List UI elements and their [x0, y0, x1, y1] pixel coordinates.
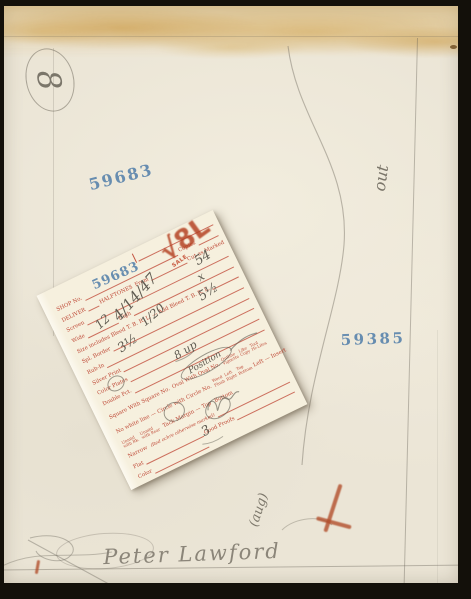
- slip-print-label: Flat: [133, 461, 145, 471]
- scan-edge-right: [458, 0, 471, 599]
- slip-print-label-stack: Unmtdwith Rear: [139, 423, 161, 440]
- scan-edge-bottom: [0, 583, 471, 599]
- scan-edge-left: [0, 0, 4, 599]
- slip-print-label-stack: TopBottom: [236, 361, 254, 376]
- slip-blank-line: [87, 304, 99, 312]
- slip-print-label: Wide: [71, 334, 86, 345]
- slip-print-label-stack: ToolHi-Lites: [249, 337, 268, 353]
- slip-print-label-stack: WordFlush: [212, 375, 226, 389]
- crease-line-right: [437, 330, 438, 585]
- slip-print-label-stack: LeftRight: [224, 369, 238, 382]
- scan-edge-top: [0, 0, 471, 6]
- negative-number-stamp-59385: 59385: [340, 329, 405, 349]
- stain-band: [0, 4, 471, 58]
- photo-back-scan: SHOP No.CopiesDELIVERHALFTONESFromCut as…: [0, 0, 471, 599]
- stain-fleck: [450, 45, 457, 49]
- slip-print-label-stack: LikeCopy: [238, 345, 252, 358]
- crop-line-top: [0, 36, 471, 37]
- out-note: out: [370, 164, 392, 193]
- slip-print-label: Color: [138, 469, 154, 481]
- slip-print-label-stack: Unmtdwith Rk.: [121, 434, 141, 450]
